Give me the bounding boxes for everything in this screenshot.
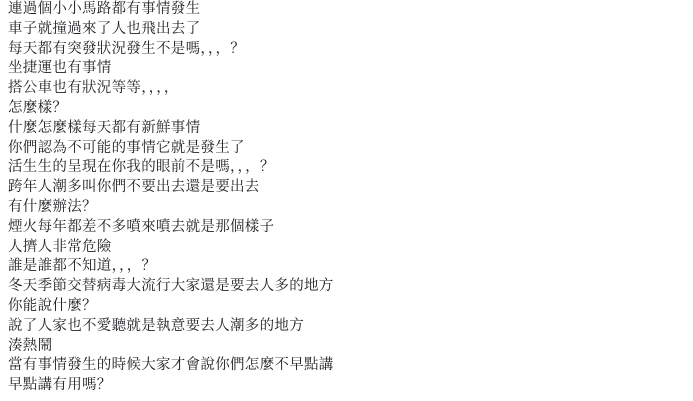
post-line: 什麼怎麼樣每天都有新鮮事情 bbox=[8, 119, 334, 139]
post-line: 坐捷運也有事情 bbox=[8, 59, 334, 79]
post-line: 誰是誰都不知道，，，？ bbox=[8, 257, 334, 277]
post-text-body: 連過個小小馬路都有事情發生 車子就撞過來了人也飛出去了 每天都有突發狀況發生不是… bbox=[8, 0, 334, 396]
post-line: 車子就撞過來了人也飛出去了 bbox=[8, 20, 334, 40]
post-line: 煙火每年都差不多噴來噴去就是那個樣子 bbox=[8, 218, 334, 238]
post-line: 當有事情發生的時候大家才會說你們怎麼不早點講 bbox=[8, 356, 334, 376]
post-line: 你能說什麼？ bbox=[8, 297, 334, 317]
post-line: 有什麼辦法？ bbox=[8, 198, 334, 218]
post-line: 怎麼樣？ bbox=[8, 99, 334, 119]
post-line: 每天都有突發狀況發生不是嗎，，，？ bbox=[8, 40, 334, 60]
post-line: 早點講有用嗎？ bbox=[8, 376, 334, 396]
post-line: 搭公車也有狀況等等，，，， bbox=[8, 79, 334, 99]
post-line: 連過個小小馬路都有事情發生 bbox=[8, 0, 334, 20]
post-line: 說了人家也不愛聽就是執意要去人潮多的地方 bbox=[8, 317, 334, 337]
post-line: 人擠人非常危險 bbox=[8, 238, 334, 258]
post-line: 你們認為不可能的事情它就是發生了 bbox=[8, 139, 334, 159]
post-line: 湊熱鬧 bbox=[8, 337, 334, 357]
post-line: 跨年人潮多叫你們不要出去還是要出去 bbox=[8, 178, 334, 198]
post-line: 冬天季節交替病毒大流行大家還是要去人多的地方 bbox=[8, 277, 334, 297]
post-line: 活生生的呈現在你我的眼前不是嗎，，，？ bbox=[8, 158, 334, 178]
